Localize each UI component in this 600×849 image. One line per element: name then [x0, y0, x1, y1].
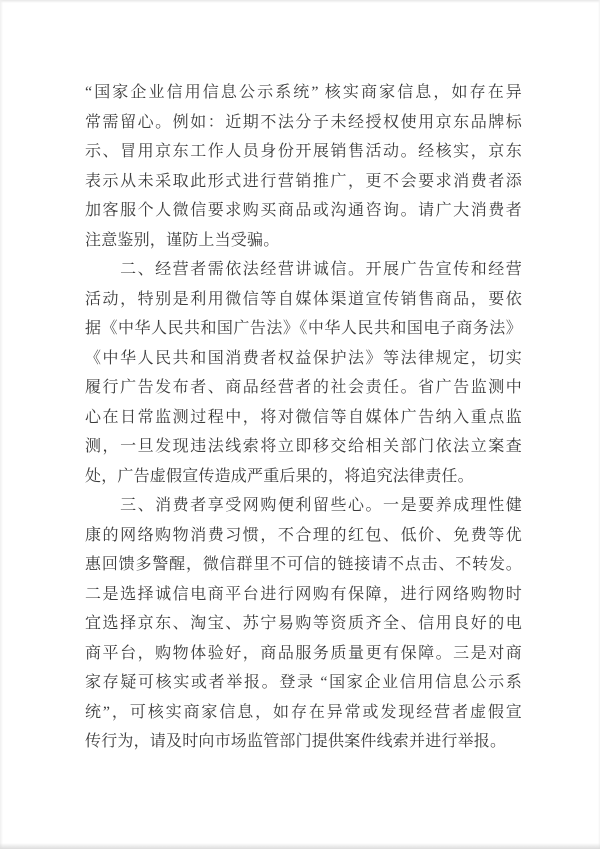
text-line: 心在日常监测过程中，将对微信等自媒体广告纳入重点监	[85, 403, 522, 433]
text-line: 加客服个人微信要求购买商品或沟通咨询。请广大消费者	[85, 196, 522, 226]
text-line: “国家企业信用信息公示系统” 核实商家信息，如存在异	[85, 78, 522, 108]
text-line: 履行广告发布者、商品经营者的社会责任。省广告监测中	[85, 373, 522, 403]
text-line: 表示从未采取此形式进行营销推广，更不会要求消费者添	[85, 167, 522, 197]
text-line: 惠回馈多警醒，微信群里不可信的链接请不点击、不转发。	[85, 550, 522, 580]
text-line: 三、消费者享受网购便利留些心。一是要养成理性健	[85, 491, 522, 521]
scan-edge-left	[0, 0, 3, 849]
paragraph-1: “国家企业信用信息公示系统” 核实商家信息，如存在异 常需留心。例如：近期不法分…	[85, 78, 522, 255]
text-line: 商平台，购物体验好，商品服务质量更有保障。三是对商	[85, 639, 522, 669]
scan-edge-bottom	[0, 843, 600, 849]
document-page: “国家企业信用信息公示系统” 核实商家信息，如存在异 常需留心。例如：近期不法分…	[0, 0, 600, 849]
text-line: 《中华人民共和国消费者权益保护法》等法律规定，切实	[85, 344, 522, 374]
text-line: 据《中华人民共和国广告法》《中华人民共和国电子商务法》	[85, 314, 522, 344]
text-line: 统”，可核实商家信息，如存在异常或发现经营者虚假宣	[85, 698, 522, 728]
text-line: 二是选择诚信电商平台进行网购有保障，进行网络购物时	[85, 580, 522, 610]
text-line: 传行为，请及时向市场监管部门提供案件线索并进行举报。	[85, 727, 522, 757]
text-line: 二、经营者需依法经营讲诚信。开展广告宣传和经营	[85, 255, 522, 285]
text-line: 康的网络购物消费习惯，不合理的红包、低价、免费等优	[85, 521, 522, 551]
text-line: 家存疑可核实或者举报。登录 “国家企业信用信息公示系	[85, 668, 522, 698]
text-line: 注意鉴别，谨防上当受骗。	[85, 226, 522, 256]
text-line: 处，广告虚假宣传造成严重后果的，将追究法律责任。	[85, 462, 522, 492]
paragraph-3: 三、消费者享受网购便利留些心。一是要养成理性健 康的网络购物消费习惯，不合理的红…	[85, 491, 522, 757]
scan-edge-top	[0, 0, 600, 3]
text-line: 测，一旦发现违法线索将立即移交给相关部门依法立案查	[85, 432, 522, 462]
paragraph-2: 二、经营者需依法经营讲诚信。开展广告宣传和经营 活动，特别是利用微信等自媒体渠道…	[85, 255, 522, 491]
body-text: “国家企业信用信息公示系统” 核实商家信息，如存在异 常需留心。例如：近期不法分…	[85, 78, 522, 757]
text-line: 常需留心。例如：近期不法分子未经授权使用京东品牌标	[85, 108, 522, 138]
text-line: 示、冒用京东工作人员身份开展销售活动。经核实，京东	[85, 137, 522, 167]
text-line: 活动，特别是利用微信等自媒体渠道宣传销售商品，要依	[85, 285, 522, 315]
text-line: 宜选择京东、淘宝、苏宁易购等资质齐全、信用良好的电	[85, 609, 522, 639]
